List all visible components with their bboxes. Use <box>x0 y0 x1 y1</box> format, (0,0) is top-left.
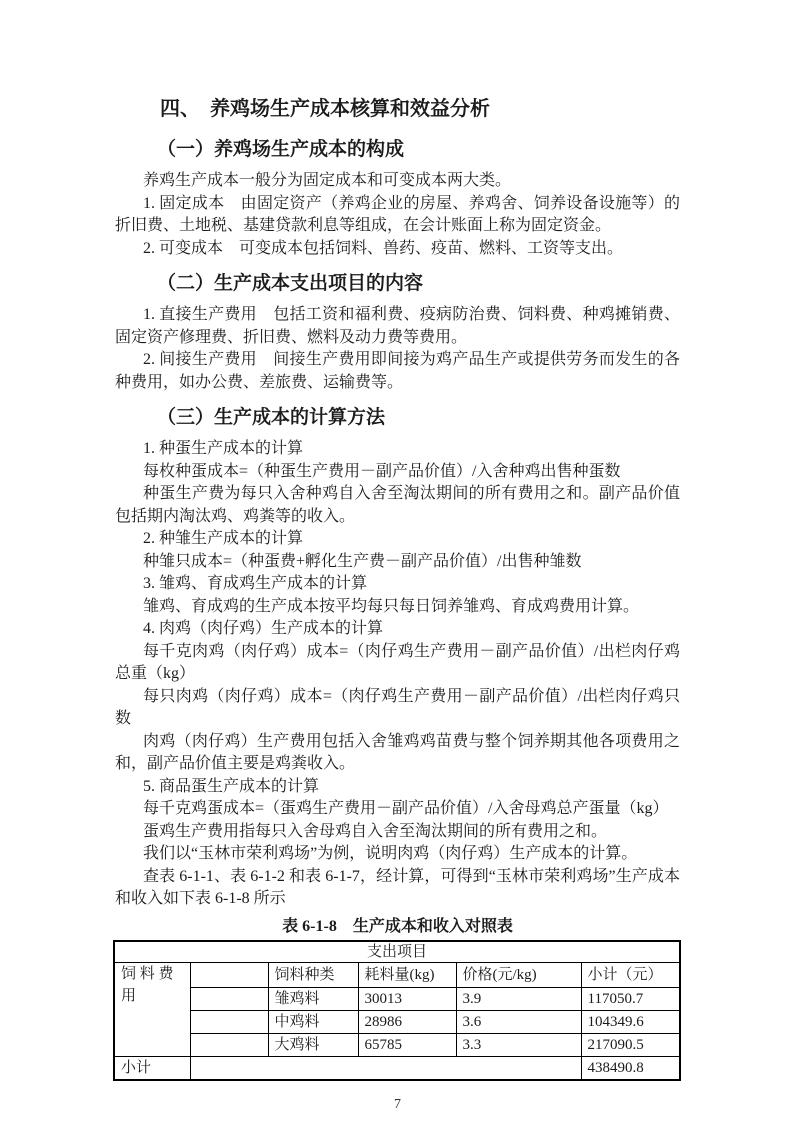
list-item-heading: 2. 种雏生产成本的计算 <box>115 528 680 551</box>
table-col-amount: 耗料量(kg) <box>358 962 456 987</box>
table-empty-cell <box>190 1010 268 1033</box>
cost-income-table: 支出项目 饲 料 费 用 饲料种类 耗料量(kg) 价格(元/kg) 小计（元）… <box>113 940 681 1081</box>
table-cell-feed-type: 中鸡料 <box>268 1010 358 1033</box>
table-col-feed-type: 饲料种类 <box>268 962 358 987</box>
table-footer-label: 小计 <box>114 1056 190 1080</box>
table-col-subtotal: 小计（元） <box>581 962 680 987</box>
table-cell-subtotal: 117050.7 <box>581 987 680 1010</box>
table-row: 大鸡料 65785 3.3 217090.5 <box>114 1033 680 1056</box>
paragraph: 2. 可变成本 可变成本包括饲料、兽药、疫苗、燃料、工资等支出。 <box>115 238 680 261</box>
table-cell-amount: 65785 <box>358 1033 456 1056</box>
formula-line: 每千克肉鸡（肉仔鸡）成本=（肉仔鸡生产费用－副产品价值）/出栏肉仔鸡总重（kg） <box>115 641 680 686</box>
table-footer-row: 小计 438490.8 <box>114 1056 680 1080</box>
formula-line: 每只肉鸡（肉仔鸡）成本=（肉仔鸡生产费用－副产品价值）/出栏肉仔鸡只数 <box>115 686 680 731</box>
table-top-row: 支出项目 <box>114 941 680 963</box>
list-item-heading: 1. 种蛋生产成本的计算 <box>115 438 680 461</box>
list-item-heading: 5. 商品蛋生产成本的计算 <box>115 776 680 799</box>
table-cell-feed-type: 大鸡料 <box>268 1033 358 1056</box>
paragraph: 查表 6-1-1、表 6-1-2 和表 6-1-7，经计算，可得到“玉林市荣利鸡… <box>115 866 680 911</box>
formula-line: 每枚种蛋成本=（种蛋生产费用－副产品价值）/入舍种鸡出售种蛋数 <box>115 461 680 484</box>
table-column-header-row: 饲 料 费 用 饲料种类 耗料量(kg) 价格(元/kg) 小计（元） <box>114 962 680 987</box>
section-heading-3: （三）生产成本的计算方法 <box>157 405 680 431</box>
table-header-expense-items: 支出项目 <box>114 941 680 963</box>
paragraph: 2. 间接生产费用 间接生产费用即间接为鸡产品生产或提供劳务而发生的各种费用，如… <box>115 349 680 394</box>
table-rowgroup-feed-cost: 饲 料 费 用 <box>114 962 190 1056</box>
table-empty-cell <box>190 962 268 987</box>
table-cell-price: 3.6 <box>456 1010 581 1033</box>
table-col-price: 价格(元/kg) <box>456 962 581 987</box>
page-number: 7 <box>115 1097 680 1113</box>
paragraph: 1. 直接生产费用 包括工资和福利费、疫病防治费、饲料费、种鸡摊销费、固定资产修… <box>115 304 680 349</box>
paragraph: 雏鸡、育成鸡的生产成本按平均每只每日饲养雏鸡、育成鸡费用计算。 <box>115 596 680 619</box>
table-row: 雏鸡料 30013 3.9 117050.7 <box>114 987 680 1010</box>
section-heading-1: （一）养鸡场生产成本的构成 <box>157 137 680 163</box>
paragraph: 养鸡生产成本一般分为固定成本和可变成本两大类。 <box>115 170 680 193</box>
document-page: 四、 养鸡场生产成本核算和效益分析 （一）养鸡场生产成本的构成 养鸡生产成本一般… <box>0 0 793 1122</box>
list-item-heading: 3. 雏鸡、育成鸡生产成本的计算 <box>115 573 680 596</box>
table-cell-price: 3.9 <box>456 987 581 1010</box>
table-empty-cell <box>190 987 268 1010</box>
table-row: 中鸡料 28986 3.6 104349.6 <box>114 1010 680 1033</box>
main-heading: 四、 养鸡场生产成本核算和效益分析 <box>160 95 680 123</box>
paragraph: 肉鸡（肉仔鸡）生产费用包括入舍雏鸡鸡苗费与整个饲养期其他各项费用之和，副产品价值… <box>115 731 680 776</box>
table-cell-amount: 30013 <box>358 987 456 1010</box>
formula-line: 种雏只成本=（种蛋费+孵化生产费－副产品价值）/出售种雏数 <box>115 551 680 574</box>
table-cell-subtotal: 217090.5 <box>581 1033 680 1056</box>
paragraph: 我们以“玉林市荣利鸡场”为例，说明肉鸡（肉仔鸡）生产成本的计算。 <box>115 843 680 866</box>
section-heading-2: （二）生产成本支出项目的内容 <box>157 271 680 297</box>
table-footer-total: 438490.8 <box>581 1056 680 1080</box>
table-cell-feed-type: 雏鸡料 <box>268 987 358 1010</box>
table-footer-empty-cell <box>190 1056 581 1080</box>
table-cell-price: 3.3 <box>456 1033 581 1056</box>
table-caption: 表 6-1-8 生产成本和收入对照表 <box>115 916 680 938</box>
list-item-heading: 4. 肉鸡（肉仔鸡）生产成本的计算 <box>115 618 680 641</box>
formula-line: 每千克鸡蛋成本=（蛋鸡生产费用－副产品价值）/入舍母鸡总产蛋量（kg） <box>115 798 680 821</box>
paragraph: 蛋鸡生产费用指每只入舍母鸡自入舍至淘汰期间的所有费用之和。 <box>115 821 680 844</box>
table-empty-cell <box>190 1033 268 1056</box>
table-cell-amount: 28986 <box>358 1010 456 1033</box>
table-cell-subtotal: 104349.6 <box>581 1010 680 1033</box>
paragraph: 1. 固定成本 由固定资产（养鸡企业的房屋、养鸡舍、饲养设备设施等）的折旧费、土… <box>115 193 680 238</box>
paragraph: 种蛋生产费为每只入舍种鸡自入舍至淘汰期间的所有费用之和。副产品价值包括期内淘汰鸡… <box>115 483 680 528</box>
